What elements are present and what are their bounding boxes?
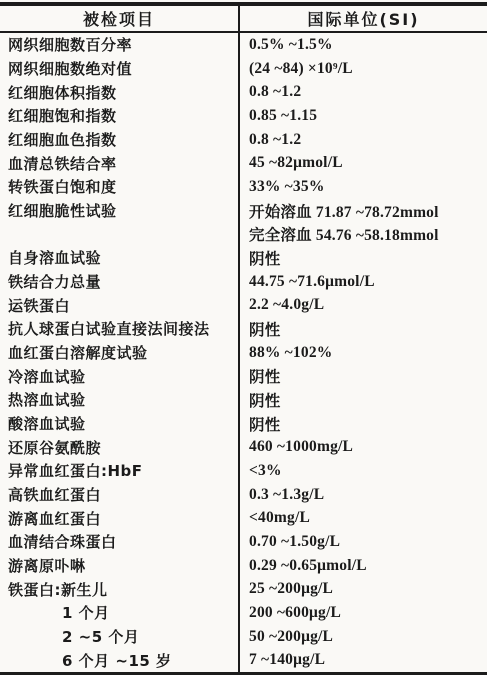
item-cell: 酸溶血试验 [0,412,238,436]
value-label: 0.3 ~1.3g/L [249,486,324,504]
item-cell: 还原谷氨酰胺 [0,435,238,459]
item-label: 酸溶血试验 [8,413,86,434]
item-label: 还原谷氨酰胺 [8,437,101,458]
item-label: 铁蛋白:新生儿 [8,579,108,600]
value-label: 0.8 ~1.2 [249,83,301,101]
table-row: 血清总铁结合率 45 ~82μmol/L [0,151,487,175]
table-row: 转铁蛋白饱和度 33% ~35% [0,175,487,199]
item-label: 冷溶血试验 [8,366,86,387]
item-cell: 红细胞脆性试验 [0,199,238,223]
value-label: 88% ~102% [249,344,333,362]
value-cell: 45 ~82μmol/L [238,151,487,175]
value-label: 0.70 ~1.50g/L [249,533,340,551]
item-cell: 网织细胞数百分率 [0,33,238,57]
table-header-row: 被检项目 国际单位(SI) [0,2,487,33]
table-row: 网织细胞数绝对值 (24 ~84) ×10⁹/L [0,57,487,81]
value-label: 0.85 ~1.15 [249,107,317,125]
item-label: 铁结合力总量 [8,271,101,292]
item-cell: 血清结合珠蛋白 [0,530,238,554]
item-cell: 1 个月 [0,601,238,625]
value-cell: 25 ~200μg/L [238,577,487,601]
item-label: 运铁蛋白 [8,295,70,316]
table-row: 铁蛋白:新生儿 25 ~200μg/L [0,577,487,601]
value-cell: 0.29 ~0.65μmol/L [238,554,487,578]
item-cell: 网织细胞数绝对值 [0,57,238,81]
value-cell: 33% ~35% [238,175,487,199]
value-cell: (24 ~84) ×10⁹/L [238,57,487,81]
item-label: 网织细胞数百分率 [8,34,132,55]
value-label: 开始溶血 71.87 ~78.72mmol [249,200,439,222]
value-label: 460 ~1000mg/L [249,438,353,456]
item-label: 热溶血试验 [8,389,86,410]
value-label: (24 ~84) ×10⁹/L [249,60,353,78]
value-cell: 开始溶血 71.87 ~78.72mmol [238,199,487,223]
value-label: 2.2 ~4.0g/L [249,296,324,314]
value-cell: 2.2 ~4.0g/L [238,293,487,317]
item-label: 游离原卟啉 [8,555,86,576]
value-label: <40mg/L [249,509,310,527]
item-label: 自身溶血试验 [8,247,101,268]
item-cell: 热溶血试验 [0,388,238,412]
value-label: 0.5% ~1.5% [249,36,333,54]
value-label: 33% ~35% [249,178,325,196]
item-cell: 2 ~5 个月 [0,625,238,649]
value-cell: 阴性 [238,364,487,388]
item-cell: 高铁血红蛋白 [0,483,238,507]
table-row: 高铁血红蛋白 0.3 ~1.3g/L [0,483,487,507]
item-label: 游离血红蛋白 [8,508,101,529]
value-label: 阴性 [249,365,280,387]
item-cell: 游离血红蛋白 [0,506,238,530]
item-cell: 铁蛋白:新生儿 [0,577,238,601]
value-label: 0.8 ~1.2 [249,131,301,149]
table-row: 红细胞脆性试验 开始溶血 71.87 ~78.72mmol [0,199,487,223]
value-label: 44.75 ~71.6μmol/L [249,273,375,291]
value-label: 完全溶血 54.76 ~58.18mmol [249,223,439,245]
value-label: 0.29 ~0.65μmol/L [249,557,367,575]
value-cell: 阴性 [238,412,487,436]
item-label: 血红蛋白溶解度试验 [8,342,148,363]
item-label: 网织细胞数绝对值 [8,58,132,79]
item-label: 转铁蛋白饱和度 [8,176,117,197]
item-label: 异常血红蛋白:HbF [8,460,143,481]
value-label: 阴性 [249,413,280,435]
table-row: 自身溶血试验 阴性 [0,246,487,270]
item-label: 红细胞脆性试验 [8,200,117,221]
value-cell: 50 ~200μg/L [238,625,487,649]
item-label: 血清总铁结合率 [8,153,117,174]
item-label: 红细胞体积指数 [8,82,117,103]
value-label: 7 ~140μg/L [249,651,325,669]
value-cell: <40mg/L [238,506,487,530]
table-row: 红细胞饱和指数 0.85 ~1.15 [0,104,487,128]
table-row: 2 ~5 个月 50 ~200μg/L [0,625,487,649]
value-label: <3% [249,462,282,480]
lab-reference-table: 被检项目 国际单位(SI) 网织细胞数百分率 0.5% ~1.5% 网织细胞数绝… [0,0,487,675]
table-row: 血红蛋白溶解度试验 88% ~102% [0,341,487,365]
value-label: 阴性 [249,247,280,269]
table-row: 网织细胞数百分率 0.5% ~1.5% [0,33,487,57]
value-label: 45 ~82μmol/L [249,154,343,172]
value-label: 阴性 [249,318,280,340]
table-row: 游离原卟啉 0.29 ~0.65μmol/L [0,554,487,578]
value-cell: 0.5% ~1.5% [238,33,487,57]
value-cell: 0.3 ~1.3g/L [238,483,487,507]
item-cell: 转铁蛋白饱和度 [0,175,238,199]
item-label: 6 个月 ~15 岁 [8,650,172,671]
value-cell: 0.70 ~1.50g/L [238,530,487,554]
table-row: 游离血红蛋白 <40mg/L [0,506,487,530]
table-row: 红细胞血色指数 0.8 ~1.2 [0,128,487,152]
table-row: 酸溶血试验 阴性 [0,412,487,436]
table-row: 铁结合力总量 44.75 ~71.6μmol/L [0,270,487,294]
item-label: 红细胞饱和指数 [8,105,117,126]
item-cell: 6 个月 ~15 岁 [0,648,238,672]
table-row: 运铁蛋白 2.2 ~4.0g/L [0,293,487,317]
table-row: 完全溶血 54.76 ~58.18mmol [0,222,487,246]
value-cell: 200 ~600μg/L [238,601,487,625]
value-cell: 460 ~1000mg/L [238,435,487,459]
item-cell: 抗人球蛋白试验直接法间接法 [0,317,238,341]
item-label: 1 个月 [8,602,110,623]
value-cell: 阴性 [238,388,487,412]
value-cell: <3% [238,459,487,483]
value-label: 50 ~200μg/L [249,628,333,646]
value-cell: 0.85 ~1.15 [238,104,487,128]
item-label: 血清结合珠蛋白 [8,531,117,552]
item-cell: 运铁蛋白 [0,293,238,317]
value-label: 200 ~600μg/L [249,604,341,622]
value-label: 25 ~200μg/L [249,580,333,598]
item-cell: 异常血红蛋白:HbF [0,459,238,483]
value-cell: 44.75 ~71.6μmol/L [238,270,487,294]
item-cell: 红细胞体积指数 [0,80,238,104]
table-row: 异常血红蛋白:HbF <3% [0,459,487,483]
item-cell: 铁结合力总量 [0,270,238,294]
value-label: 阴性 [249,389,280,411]
item-label: 高铁血红蛋白 [8,484,101,505]
table-row: 还原谷氨酰胺 460 ~1000mg/L [0,435,487,459]
item-cell: 血清总铁结合率 [0,151,238,175]
item-cell: 血红蛋白溶解度试验 [0,341,238,365]
item-cell: 游离原卟啉 [0,554,238,578]
item-cell: 红细胞饱和指数 [0,104,238,128]
table-row: 热溶血试验 阴性 [0,388,487,412]
item-label: 抗人球蛋白试验直接法间接法 [8,318,210,339]
table-body: 网织细胞数百分率 0.5% ~1.5% 网织细胞数绝对值 (24 ~84) ×1… [0,33,487,672]
value-cell: 88% ~102% [238,341,487,365]
item-cell [0,222,238,246]
item-cell: 自身溶血试验 [0,246,238,270]
table-row: 抗人球蛋白试验直接法间接法 阴性 [0,317,487,341]
value-cell: 阴性 [238,246,487,270]
header-unit-column: 国际单位(SI) [238,6,487,31]
value-cell: 0.8 ~1.2 [238,128,487,152]
header-item-column: 被检项目 [0,6,238,31]
table-row: 血清结合珠蛋白 0.70 ~1.50g/L [0,530,487,554]
table-row: 1 个月 200 ~600μg/L [0,601,487,625]
table-row: 冷溶血试验 阴性 [0,364,487,388]
value-cell: 0.8 ~1.2 [238,80,487,104]
value-cell: 7 ~140μg/L [238,648,487,672]
scanned-reference-page: 被检项目 国际单位(SI) 网织细胞数百分率 0.5% ~1.5% 网织细胞数绝… [0,0,487,675]
table-row: 红细胞体积指数 0.8 ~1.2 [0,80,487,104]
value-cell: 完全溶血 54.76 ~58.18mmol [238,222,487,246]
table-row: 6 个月 ~15 岁 7 ~140μg/L [0,648,487,672]
item-label: 2 ~5 个月 [8,626,139,647]
item-cell: 红细胞血色指数 [0,128,238,152]
item-cell: 冷溶血试验 [0,364,238,388]
item-label: 红细胞血色指数 [8,129,117,150]
value-cell: 阴性 [238,317,487,341]
